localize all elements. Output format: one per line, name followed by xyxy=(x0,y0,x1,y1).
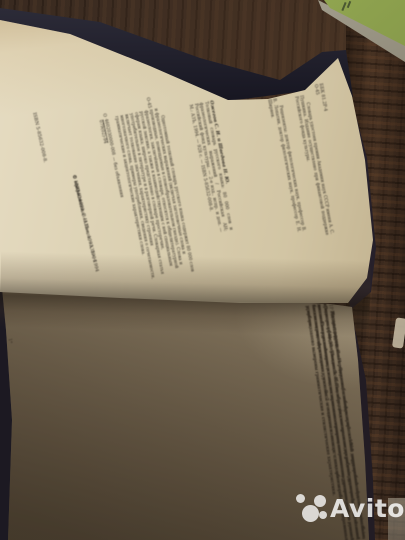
avito-wordmark: Avito xyxy=(330,494,405,523)
photo-book-on-table: ПРЕДИСЛОВИЕ Настоящее издание представля… xyxy=(0,0,405,540)
avito-logo-dot xyxy=(302,505,319,522)
avito-watermark: Avito xyxy=(282,492,404,536)
vignette-overlay xyxy=(0,0,405,540)
avito-logo-dot xyxy=(314,495,326,507)
avito-logo-dot xyxy=(319,511,327,519)
avito-logo-dot xyxy=(296,494,305,503)
